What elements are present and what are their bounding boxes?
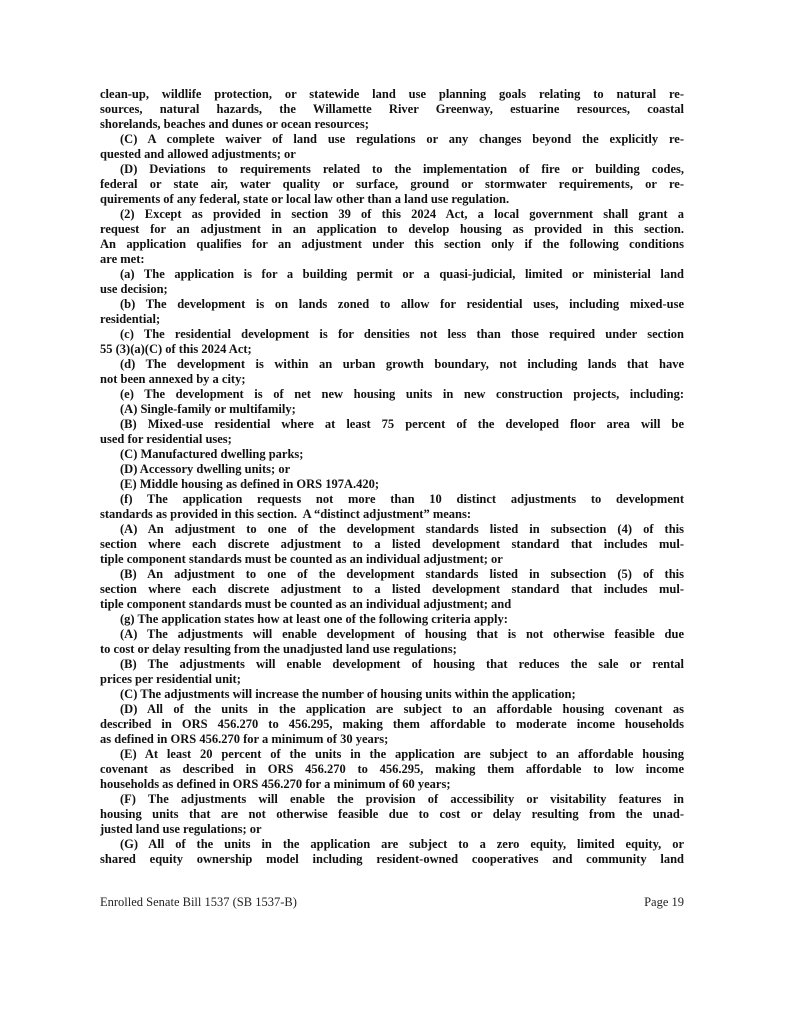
text-line: (D) All of the units in the application … bbox=[100, 702, 684, 717]
text-line: quirements of any federal, state or loca… bbox=[100, 192, 684, 207]
text-line: (B) The adjustments will enable developm… bbox=[100, 657, 684, 672]
text-line: to cost or delay resulting from the unad… bbox=[100, 642, 684, 657]
text-line: prices per residential unit; bbox=[100, 672, 684, 687]
text-line: not been annexed by a city; bbox=[100, 372, 684, 387]
document-page: clean-up, wildlife protection, or statew… bbox=[0, 0, 800, 1035]
text-line: (e) The development is of net new housin… bbox=[100, 387, 684, 402]
text-line: (A) The adjustments will enable developm… bbox=[100, 627, 684, 642]
text-line: residential; bbox=[100, 312, 684, 327]
text-line: housing units that are not otherwise fea… bbox=[100, 807, 684, 822]
text-line: section where each discrete adjustment t… bbox=[100, 582, 684, 597]
text-line: (A) An adjustment to one of the developm… bbox=[100, 522, 684, 537]
text-line: quested and allowed adjustments; or bbox=[100, 147, 684, 162]
text-line: (E) Middle housing as defined in ORS 197… bbox=[100, 477, 684, 492]
bill-text: clean-up, wildlife protection, or statew… bbox=[100, 87, 684, 867]
text-line: sources, natural hazards, the Willamette… bbox=[100, 102, 684, 117]
text-line: (C) A complete waiver of land use regula… bbox=[100, 132, 684, 147]
text-line: (A) Single-family or multifamily; bbox=[100, 402, 684, 417]
footer-bill-title: Enrolled Senate Bill 1537 (SB 1537-B) bbox=[100, 895, 297, 910]
text-line: (B) An adjustment to one of the developm… bbox=[100, 567, 684, 582]
text-line: (c) The residential development is for d… bbox=[100, 327, 684, 342]
text-line: use decision; bbox=[100, 282, 684, 297]
footer-page-number: Page 19 bbox=[644, 895, 684, 910]
text-line: shared equity ownership model including … bbox=[100, 852, 684, 867]
text-line: (F) The adjustments will enable the prov… bbox=[100, 792, 684, 807]
text-line: tiple component standards must be counte… bbox=[100, 552, 684, 567]
text-line: federal or state air, water quality or s… bbox=[100, 177, 684, 192]
text-line: (2) Except as provided in section 39 of … bbox=[100, 207, 684, 222]
text-line: (C) The adjustments will increase the nu… bbox=[100, 687, 684, 702]
text-line: (a) The application is for a building pe… bbox=[100, 267, 684, 282]
text-line: (f) The application requests not more th… bbox=[100, 492, 684, 507]
text-line: section where each discrete adjustment t… bbox=[100, 537, 684, 552]
text-line: (B) Mixed-use residential where at least… bbox=[100, 417, 684, 432]
text-line: (b) The development is on lands zoned to… bbox=[100, 297, 684, 312]
page-footer: Enrolled Senate Bill 1537 (SB 1537-B) Pa… bbox=[100, 895, 684, 910]
text-line: justed land use regulations; or bbox=[100, 822, 684, 837]
text-line: request for an adjustment in an applicat… bbox=[100, 222, 684, 237]
text-line: (g) The application states how at least … bbox=[100, 612, 684, 627]
text-line: (E) At least 20 percent of the units in … bbox=[100, 747, 684, 762]
text-line: (d) The development is within an urban g… bbox=[100, 357, 684, 372]
text-line: described in ORS 456.270 to 456.295, mak… bbox=[100, 717, 684, 732]
text-line: shorelands, beaches and dunes or ocean r… bbox=[100, 117, 684, 132]
text-line: (C) Manufactured dwelling parks; bbox=[100, 447, 684, 462]
text-line: (D) Deviations to requirements related t… bbox=[100, 162, 684, 177]
text-line: are met: bbox=[100, 252, 684, 267]
text-line: 55 (3)(a)(C) of this 2024 Act; bbox=[100, 342, 684, 357]
text-line: standards as provided in this section. A… bbox=[100, 507, 684, 522]
text-line: as defined in ORS 456.270 for a minimum … bbox=[100, 732, 684, 747]
text-line: (D) Accessory dwelling units; or bbox=[100, 462, 684, 477]
text-line: clean-up, wildlife protection, or statew… bbox=[100, 87, 684, 102]
text-line: covenant as described in ORS 456.270 to … bbox=[100, 762, 684, 777]
text-line: tiple component standards must be counte… bbox=[100, 597, 684, 612]
text-line: used for residential uses; bbox=[100, 432, 684, 447]
text-line: (G) All of the units in the application … bbox=[100, 837, 684, 852]
text-line: An application qualifies for an adjustme… bbox=[100, 237, 684, 252]
text-line: households as defined in ORS 456.270 for… bbox=[100, 777, 684, 792]
